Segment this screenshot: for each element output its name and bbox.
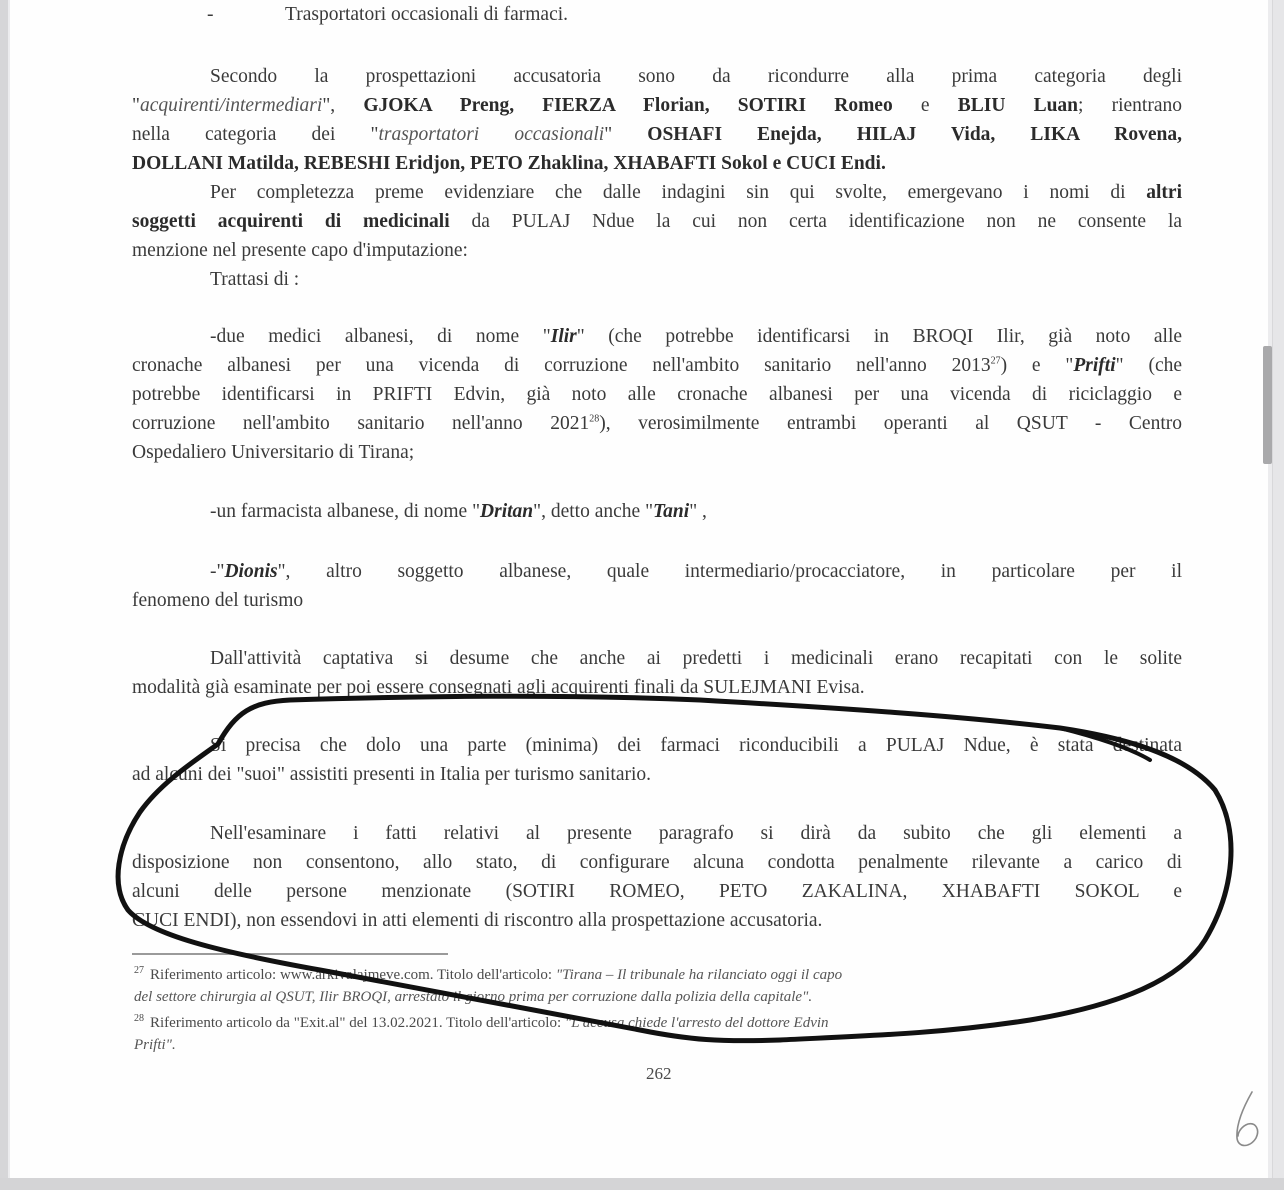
text-line: Trattasi di : (132, 265, 1182, 294)
text-line: Dall'attività captativa si desume che an… (132, 644, 1182, 673)
footnote-title: "Tirana – Il tribunale ha rilanciato ogg… (556, 967, 842, 983)
document-viewer: -Trasportatori occasionali di farmaci. S… (0, 0, 1284, 1190)
text-fragment: , (697, 501, 707, 522)
paragraph-interception: Dall'attività captativa si desume che an… (132, 644, 1182, 702)
text-fragment: corruzione nell'ambito sanitario nell'an… (132, 413, 589, 434)
text-line: menzione nel presente capo d'imputazione… (132, 236, 1182, 265)
bold-name: BLIU Luan (958, 95, 1078, 116)
conjunction: e (921, 95, 930, 116)
text-line: -due medici albanesi, di nome "Ilir" (ch… (132, 322, 1182, 351)
nickname: Ilir (551, 326, 577, 347)
footnote-title: Prifti". (134, 1037, 176, 1053)
text-line: fenomeno del turismo (132, 586, 1182, 615)
text-line: nella categoria dei "trasportatori occas… (132, 120, 1182, 149)
text-fragment: ), verosimilmente entrambi operanti al Q… (599, 413, 1182, 434)
text-line: CUCI ENDI), non essendovi in atti elemen… (132, 906, 1182, 935)
quoted-term: trasportatori occasionali (378, 124, 604, 145)
paragraph-conclusion: Nell'esaminare i fatti relativi al prese… (132, 819, 1182, 935)
footnote-text: Riferimento articolo: www.arkivalajmeve.… (150, 967, 556, 983)
text-fragment: - (210, 561, 217, 582)
footnote-28: 28Riferimento articolo da "Exit.al" del … (134, 1008, 1184, 1034)
page-number: 262 (646, 1064, 672, 1084)
text-fragment: cronache albanesi per una vicenda di cor… (132, 355, 991, 376)
footnote-27-cont: del settore chirurgia al QSUT, Ilir BROQ… (134, 986, 1184, 1008)
bullet-marker: - (207, 0, 285, 29)
text-fragment: ) e (1001, 355, 1041, 376)
quoted-term: acquirenti/intermediari (140, 95, 322, 116)
nickname: Dritan (480, 501, 533, 522)
item-pharmacist: -un farmacista albanese, di nome "Dritan… (132, 497, 1182, 526)
text-fragment: nella categoria dei (132, 124, 335, 145)
nickname: Tani (653, 501, 689, 522)
vertical-scrollbar-track[interactable] (1272, 0, 1284, 1178)
text-fragment: ; rientrano (1078, 95, 1182, 116)
footnote-separator (132, 953, 448, 955)
bold-text: soggetti acquirenti di medicinali (132, 211, 450, 232)
text-line: -"Dionis", altro soggetto albanese, qual… (132, 557, 1182, 586)
bold-names: DOLLANI Matilda, REBESHI Eridjon, PETO Z… (132, 153, 886, 174)
text-line: modalità già esaminate per poi essere co… (132, 673, 1182, 702)
footnote-title: del settore chirurgia al QSUT, Ilir BROQ… (134, 989, 812, 1005)
footnote-27: 27Riferimento articolo: www.arkivalajmev… (134, 960, 1184, 986)
paragraph-categories: Secondo la prospettazioni accusatoria so… (132, 62, 1182, 178)
item-intermediary: -"Dionis", altro soggetto albanese, qual… (132, 557, 1182, 615)
paragraph-health-tourism: Si precisa che dolo una parte (minima) d… (132, 731, 1182, 789)
text-line: DOLLANI Matilda, REBESHI Eridjon, PETO Z… (132, 149, 1182, 178)
footnote-28-cont: Prifti". (134, 1034, 1184, 1056)
text-fragment: Per completezza preme evidenziare che da… (210, 182, 1126, 203)
text-line: Per completezza preme evidenziare che da… (132, 178, 1182, 207)
text-line: soggetti acquirenti di medicinali da PUL… (132, 207, 1182, 236)
text-line: cronache albanesi per una vicenda di cor… (132, 351, 1182, 380)
bullet-item: -Trasportatori occasionali di farmaci. (207, 0, 568, 29)
text-fragment: -due medici albanesi, di nome (210, 326, 519, 347)
vertical-scrollbar-thumb[interactable] (1263, 346, 1272, 464)
nickname: Prifti (1073, 355, 1115, 376)
text-line: ad alcuni dei "suoi" assistiti presenti … (132, 760, 1182, 789)
bold-text: altri (1146, 182, 1182, 203)
text-fragment: da PULAJ Ndue la cui non certa identific… (472, 211, 1182, 232)
item-two-doctors: -due medici albanesi, di nome "Ilir" (ch… (132, 322, 1182, 467)
bullet-text: Trasportatori occasionali di farmaci. (285, 4, 568, 25)
viewer-bottom-edge (0, 1178, 1284, 1190)
handwritten-mark-icon (1228, 1090, 1268, 1150)
footnote-number: 28 (134, 1013, 144, 1024)
text-line: Ospedaliero Universitario di Tirana; (132, 438, 1182, 467)
text-line: Secondo la prospettazioni accusatoria so… (132, 62, 1182, 91)
text-line: Nell'esaminare i fatti relativi al prese… (132, 819, 1182, 848)
text-fragment: (che (1148, 355, 1182, 376)
footnote-ref[interactable]: 27 (991, 356, 1001, 367)
bold-names: GJOKA Preng, FIERZA Florian, SOTIRI Rome… (363, 95, 892, 116)
nickname: Dionis (224, 561, 277, 582)
text-line: Si precisa che dolo una parte (minima) d… (132, 731, 1182, 760)
text-fragment: , altro soggetto albanese, quale interme… (286, 561, 1182, 582)
text-line: alcuni delle persone menzionate (SOTIRI … (132, 877, 1182, 906)
text-fragment: -un farmacista albanese, di nome (210, 501, 467, 522)
footnote-ref[interactable]: 28 (589, 414, 599, 425)
footnotes: 27Riferimento articolo: www.arkivalajmev… (134, 960, 1184, 1056)
bold-names: OSHAFI Enejda, HILAJ Vida, LIKA Rovena, (647, 124, 1182, 145)
paragraph-other-subjects: Per completezza preme evidenziare che da… (132, 178, 1182, 294)
text-line: -un farmacista albanese, di nome "Dritan… (132, 497, 1182, 526)
text-line: corruzione nell'ambito sanitario nell'an… (132, 409, 1182, 438)
footnote-text: Riferimento articolo da "Exit.al" del 13… (150, 1015, 565, 1031)
text-line: "acquirenti/intermediari", GJOKA Preng, … (132, 91, 1182, 120)
text-fragment: , detto anche (541, 501, 640, 522)
viewer-left-edge (0, 0, 8, 1180)
text-fragment: (che potrebbe identificarsi in BROQI Ili… (608, 326, 1182, 347)
text-line: disposizione non consentono, allo stato,… (132, 848, 1182, 877)
footnote-number: 27 (134, 965, 144, 976)
text-line: potrebbe identificarsi in PRIFTI Edvin, … (132, 380, 1182, 409)
footnote-title: "L'accusa chiede l'arresto del dottore E… (565, 1015, 829, 1031)
